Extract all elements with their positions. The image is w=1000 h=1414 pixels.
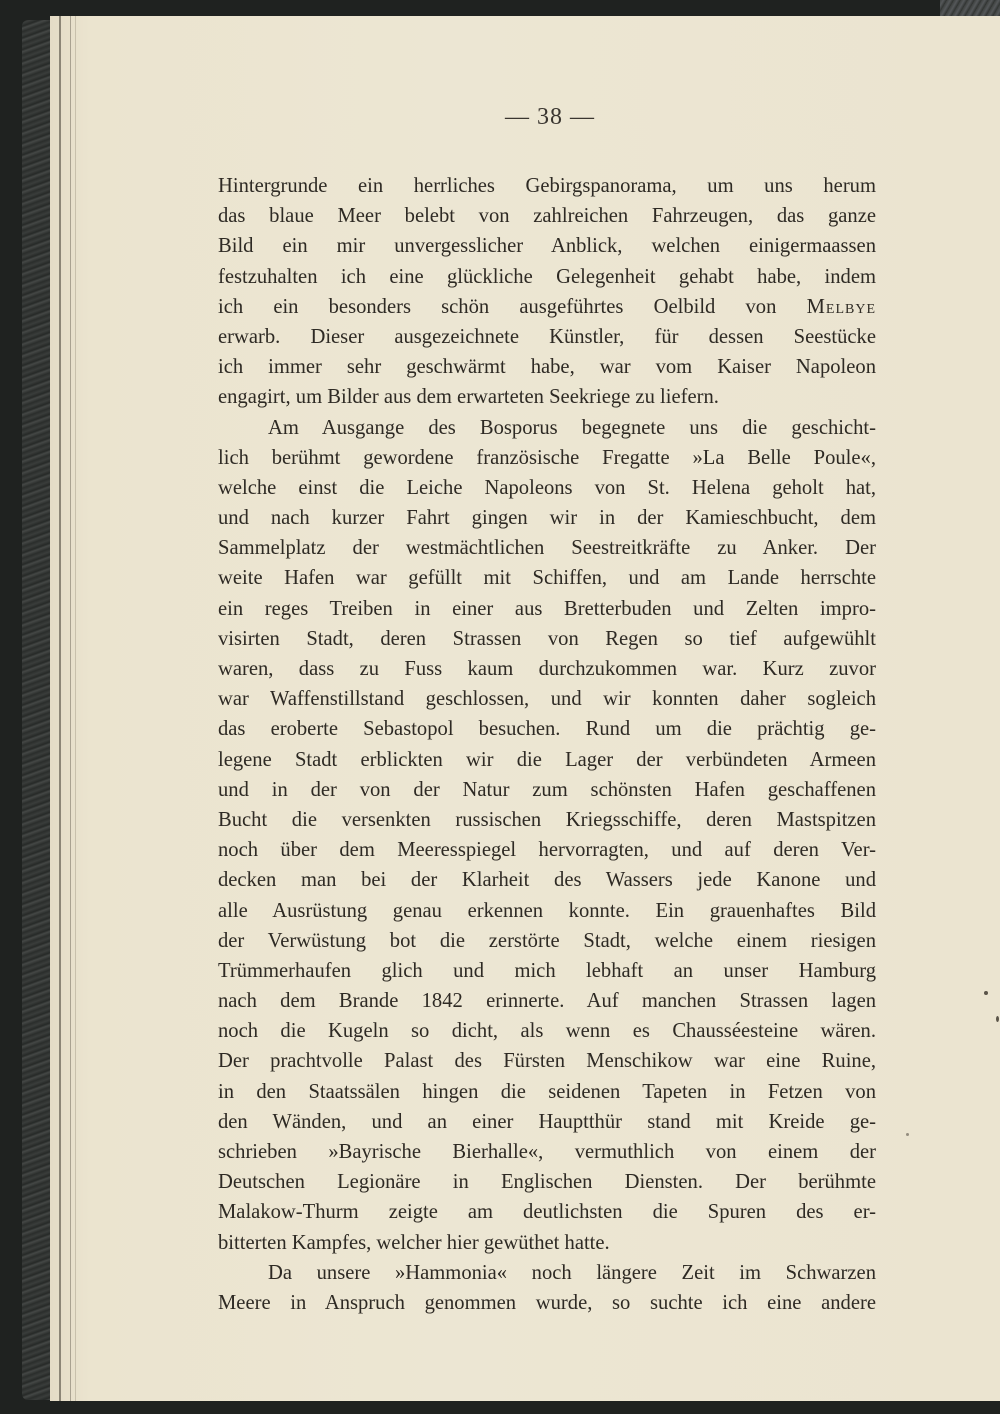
text-line: ich immer sehr geschwärmt habe, war vom … bbox=[218, 352, 876, 382]
text-line: alle Ausrüstung genau erkennen konnte. E… bbox=[218, 896, 876, 926]
text-line: schrieben »Bayrische Bierhalle«, vermuth… bbox=[218, 1137, 876, 1167]
page-edge-line bbox=[75, 16, 76, 1401]
page-edge-line bbox=[59, 16, 61, 1401]
text-line: decken man bei der Klarheit des Wassers … bbox=[218, 865, 876, 895]
painter-name: Melbye bbox=[807, 296, 876, 318]
body-text: Hintergrunde ein herrliches Gebirgspanor… bbox=[218, 171, 876, 1318]
book-cover-corner bbox=[940, 0, 1000, 16]
text-line: noch die Kugeln so dicht, als wenn es Ch… bbox=[218, 1016, 876, 1046]
text-line-with-name: ich ein besonders schön ausgeführtes Oel… bbox=[218, 292, 876, 322]
text-line: Am Ausgange des Bosporus begegnete uns d… bbox=[218, 413, 876, 443]
text-line: lich berühmt gewordene französische Freg… bbox=[218, 443, 876, 473]
text-line: in den Staatssälen hingen die seidenen T… bbox=[218, 1077, 876, 1107]
text-line: und in der von der Natur zum schönsten H… bbox=[218, 775, 876, 805]
text-line: der Verwüstung bot die zerstörte Stadt, … bbox=[218, 926, 876, 956]
text-line: Da unsere »Hammonia« noch längere Zeit i… bbox=[218, 1258, 876, 1288]
text-line: noch über dem Meeresspiegel hervorragten… bbox=[218, 835, 876, 865]
text-line: waren, dass zu Fuss kaum durchzukommen w… bbox=[218, 654, 876, 684]
text-line: Deutschen Legionäre in Englischen Dienst… bbox=[218, 1167, 876, 1197]
text-line: war Waffenstillstand geschlossen, und wi… bbox=[218, 684, 876, 714]
text-line: Meere in Anspruch genommen wurde, so suc… bbox=[218, 1288, 876, 1318]
text-line: das blaue Meer belebt von zahlreichen Fa… bbox=[218, 201, 876, 231]
book-page: — 38 — Hintergrunde ein herrliches Gebir… bbox=[50, 16, 1000, 1401]
text-line: weite Hafen war gefüllt mit Schiffen, un… bbox=[218, 563, 876, 593]
text-line: Der prachtvolle Palast des Fürsten Mensc… bbox=[218, 1046, 876, 1076]
page-edge-line bbox=[70, 16, 71, 1401]
text-line: Bucht die versenkten russischen Kriegssc… bbox=[218, 805, 876, 835]
text-line: ein reges Treiben in einer aus Bretterbu… bbox=[218, 594, 876, 624]
text-line: Bild ein mir unvergesslicher Anblick, we… bbox=[218, 231, 876, 261]
book-cover-edge bbox=[22, 20, 52, 1400]
paper-speck bbox=[984, 991, 988, 995]
text-line: bitterten Kampfes, welcher hier gewüthet… bbox=[218, 1228, 876, 1258]
text-line: welche einst die Leiche Napoleons von St… bbox=[218, 473, 876, 503]
text-line: Hintergrunde ein herrliches Gebirgspanor… bbox=[218, 171, 876, 201]
text-line: festzuhalten ich eine glückliche Gelegen… bbox=[218, 262, 876, 292]
text-line: engagirt, um Bilder aus dem erwarteten S… bbox=[218, 382, 876, 412]
text-line: visirten Stadt, deren Strassen von Regen… bbox=[218, 624, 876, 654]
paper-speck bbox=[996, 1016, 999, 1022]
text-line: legene Stadt erblickten wir die Lager de… bbox=[218, 745, 876, 775]
paper-speck bbox=[906, 1133, 909, 1136]
text-line: Trümmerhaufen glich und mich lebhaft an … bbox=[218, 956, 876, 986]
text-line: das eroberte Sebastopol besuchen. Rund u… bbox=[218, 714, 876, 744]
text-line: und nach kurzer Fahrt gingen wir in der … bbox=[218, 503, 876, 533]
text-line: Sammelplatz der westmächtlichen Seestrei… bbox=[218, 533, 876, 563]
page-number: — 38 — bbox=[150, 104, 950, 131]
text-line: erwarb. Dieser ausgezeichnete Künstler, … bbox=[218, 322, 876, 352]
text-line: den Wänden, und an einer Hauptthür stand… bbox=[218, 1107, 876, 1137]
text-line: Malakow-Thurm zeigte am deutlichsten die… bbox=[218, 1197, 876, 1227]
text-line: nach dem Brande 1842 erinnerte. Auf manc… bbox=[218, 986, 876, 1016]
text-fragment: ich ein besonders schön ausgeführtes Oel… bbox=[218, 296, 776, 318]
